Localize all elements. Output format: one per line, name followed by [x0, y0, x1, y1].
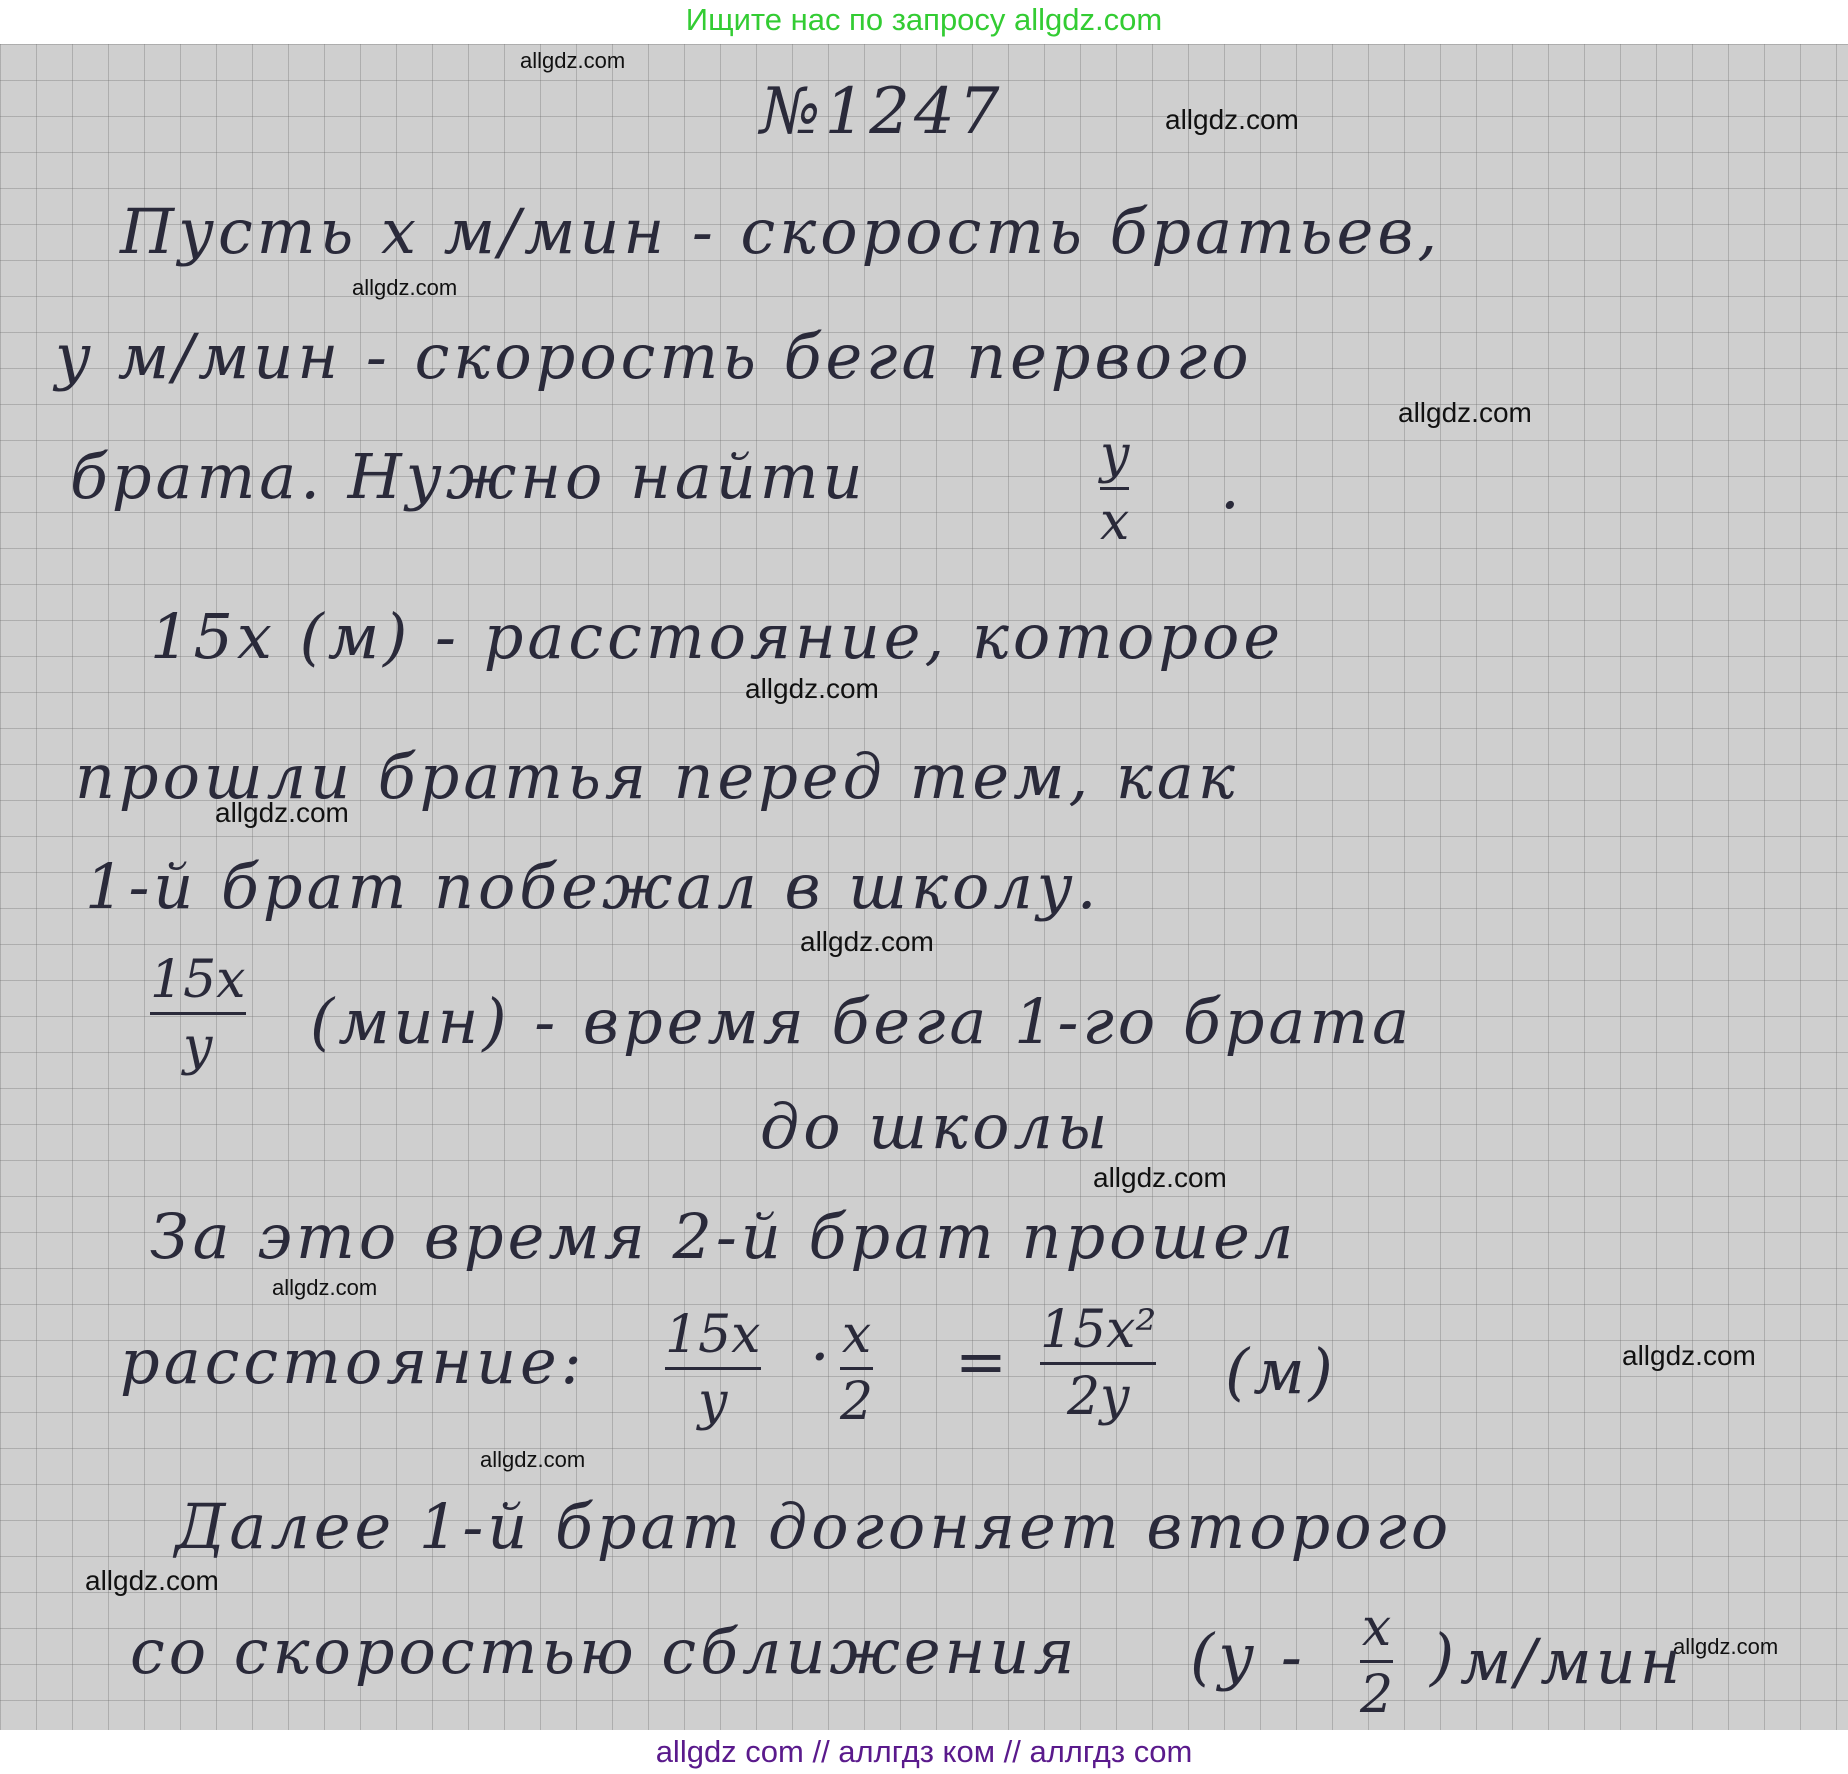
fraction-x-over-2: x2 — [840, 1305, 873, 1432]
fraction-y-over-x: yx — [1100, 425, 1129, 552]
watermark: allgdz.com — [1093, 1162, 1227, 1194]
watermark: allgdz.com — [1398, 397, 1532, 429]
fraction-15x-over-y: 15xy — [150, 950, 246, 1077]
period: . — [1220, 450, 1244, 523]
equals-sign: = — [955, 1325, 1011, 1398]
watermark: allgdz.com — [1673, 1634, 1778, 1660]
text-line: до школы — [760, 1090, 1111, 1163]
bottom-banner: allgdz com // аллгдз ком // аллгдз com — [0, 1730, 1848, 1774]
text-line: (мин) - время бега 1-го брата — [310, 985, 1413, 1058]
unit-m-per-min: м/мин — [1460, 1625, 1684, 1698]
watermark: allgdz.com — [745, 673, 879, 705]
fraction-x-over-2: x2 — [1360, 1598, 1393, 1725]
paren-left: (y - — [1190, 1620, 1306, 1693]
text-line: со скоростью сближения — [130, 1615, 1078, 1688]
watermark: allgdz.com — [1622, 1340, 1756, 1372]
text-line: За это время 2-й брат прошел — [150, 1200, 1297, 1273]
watermark: allgdz.com — [272, 1275, 377, 1301]
top-banner: Ищите нас по запросу allgdz.com — [0, 0, 1848, 44]
watermark: allgdz.com — [1165, 104, 1299, 136]
watermark: allgdz.com — [800, 926, 934, 958]
text-line: расстояние: — [120, 1325, 586, 1398]
text-line: Пусть x м/мин - скорость братьев, — [120, 195, 1441, 268]
text-line: 1-й брат побежал в школу. — [85, 850, 1100, 923]
unit-meters: (м) — [1225, 1335, 1337, 1408]
text-line: Далее 1-й брат догоняет второго — [175, 1490, 1452, 1563]
watermark: allgdz.com — [480, 1447, 585, 1473]
fraction-15x-over-y: 15xy — [665, 1305, 761, 1432]
multiply-dot: · — [810, 1320, 834, 1393]
watermark: allgdz.com — [352, 275, 457, 301]
paren-right: ) — [1430, 1620, 1458, 1693]
text-line: y м/мин - скорость бега первого — [55, 320, 1253, 393]
text-line: брата. Нужно найти — [70, 440, 867, 513]
fraction-result: 15x²2y — [1040, 1300, 1156, 1427]
problem-number: №1247 — [760, 75, 1003, 149]
watermark: allgdz.com — [85, 1565, 219, 1597]
watermark: allgdz.com — [520, 48, 625, 74]
text-line: 15x (м) - расстояние, которое — [150, 600, 1284, 673]
text-line: прошли братья перед тем, как — [75, 740, 1239, 813]
